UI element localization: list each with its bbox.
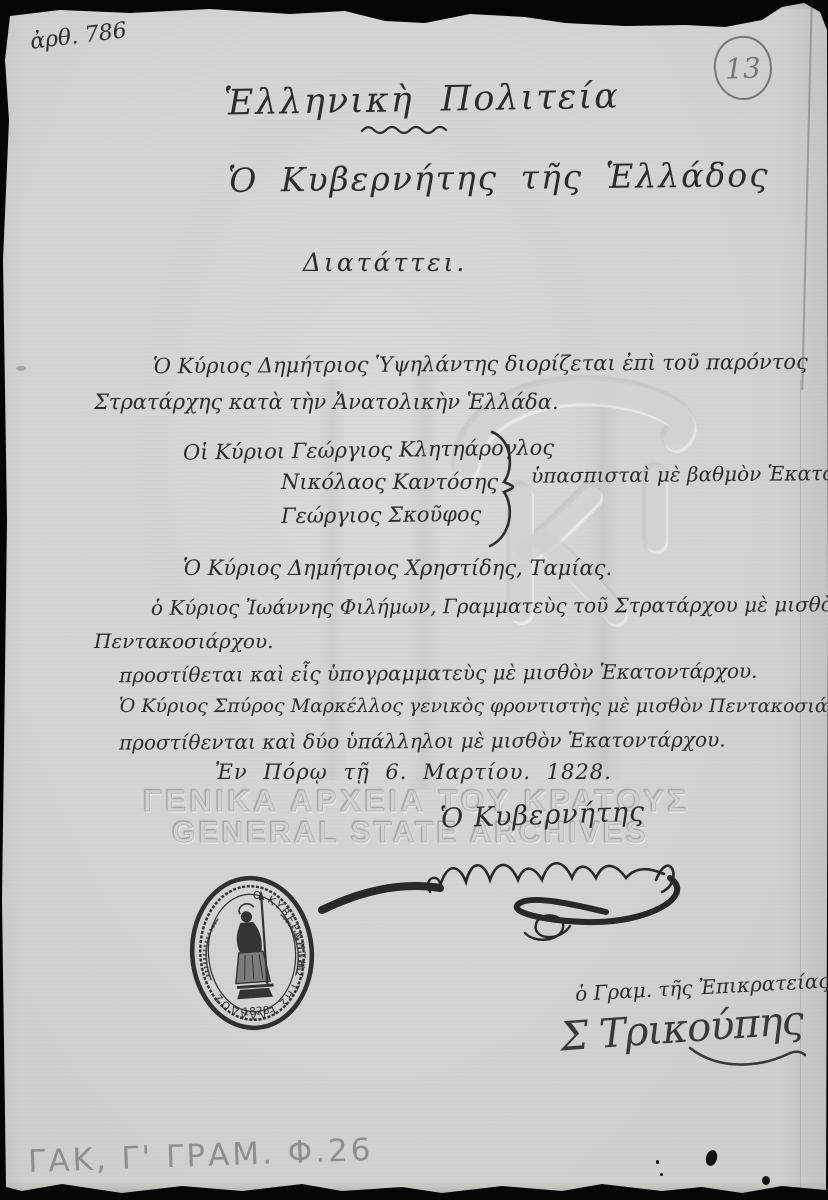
ink-speck — [656, 1160, 659, 1164]
ink-speck — [660, 1173, 663, 1176]
authority-line: Ὁ Κυβερνήτης τῆς Ἑλλάδος — [228, 155, 770, 200]
dateline: Ἐν Πόρῳ τῇ 6. Μαρτίου. 1828. — [215, 760, 612, 784]
signature-flourish — [688, 1042, 808, 1070]
appointee-line: Νικόλαος Καντόσης — [281, 470, 498, 494]
body-line: Ὁ Κύριος Δημήτριος Ὑψηλάντης διορίζεται … — [153, 350, 808, 379]
grouping-brace — [486, 430, 526, 548]
body-line: Πεντακοσιάρχου. — [94, 629, 274, 653]
state-seal: Ο ΚΥΒΕΡΝΗΤΗΣ ΤΗΣ ΕΛΛΑΔΟΣ 1828 — [171, 867, 334, 1039]
body-line: ὁ Κύριος Ἰωάννης Φιλήμων, Γραμματεὺς τοῦ… — [151, 592, 828, 620]
body-line: προστίθεται καὶ εἷς ὑπογραμματεὺς μὲ μισ… — [119, 659, 758, 687]
body-line: Ὁ Κύριος Δημήτριος Χρηστίδης, Ταμίας. — [183, 556, 612, 580]
ink-blot — [762, 1176, 770, 1185]
seal-year: 1828 — [242, 1004, 270, 1019]
scanned-document: ΓΕΝΙΚΑ ΑΡΧΕΙΑ ΤΟΥ ΚΡΑΤΟΥΣ GENERAL STATE … — [0, 0, 828, 1200]
smudge-mark — [16, 366, 26, 371]
decree-word: Διατάττει. — [303, 248, 467, 277]
body-line: προστίθενται καὶ δύο ὑπάλληλοι μὲ μισθὸν… — [119, 727, 726, 754]
kapodistrias-signature — [318, 838, 703, 950]
body-line: Ὁ Κύριος Σπύρος Μαρκέλλος γενικὸς φροντι… — [119, 695, 828, 717]
title-underline — [360, 124, 452, 136]
appointee-line: Γεώργιος Σκοῦφος — [281, 502, 482, 528]
document-title: Ἑλληνικὴ Πολιτεία — [224, 77, 620, 124]
body-line: Στρατάρχης κατὰ τὴν Ἀνατολικὴν Ἑλλάδα. — [94, 390, 559, 414]
page-number: 13 — [725, 51, 762, 85]
brace-note: ὑπασπισταὶ μὲ βαθμὸν Ἑκατοντάρχου. — [531, 460, 828, 487]
athena-figure — [230, 891, 275, 999]
